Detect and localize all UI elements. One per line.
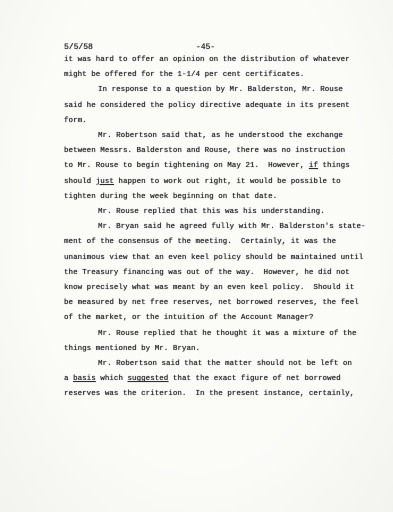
- text-line: Mr. Robertson said that the matter shoul…: [64, 357, 353, 372]
- text-segment: said he considered the policy directive …: [64, 102, 350, 110]
- text-line: know precisely what was meant by an even…: [64, 281, 353, 296]
- document-body: it was hard to offer an opinion on the d…: [64, 53, 353, 403]
- text-line: things mentioned by Mr. Bryan.: [64, 342, 353, 357]
- text-line: the Treasury financing was out of the wa…: [64, 266, 353, 281]
- text-line: tighten during the week beginning on tha…: [64, 190, 353, 205]
- text-segment: should: [64, 178, 96, 186]
- text-line: form.: [64, 114, 353, 129]
- text-segment: it was hard to offer an opinion on the d…: [64, 56, 350, 64]
- text-segment: happen to work out right, it would be po…: [114, 178, 341, 186]
- scanned-document-page: 5/5/58 -45- it was hard to offer an opin…: [0, 0, 393, 512]
- text-segment: might be offered for the 1-1/4 per cent …: [64, 71, 304, 79]
- text-line: Mr. Robertson said that, as he understoo…: [64, 129, 353, 144]
- text-line: a basis which suggested that the exact f…: [64, 372, 353, 387]
- text-segment: know precisely what was meant by an even…: [64, 284, 354, 292]
- text-line: ment of the consensus of the meeting. Ce…: [64, 235, 353, 250]
- text-segment: that the exact figure of net borrowed: [168, 375, 340, 383]
- text-line: Mr. Rouse replied that this was his unde…: [64, 205, 353, 220]
- text-line: Mr. Bryan said he agreed fully with Mr. …: [64, 220, 353, 235]
- paragraph: Mr. Rouse replied that he thought it was…: [64, 327, 353, 357]
- text-segment: unanimous view that an even keel policy …: [64, 254, 363, 262]
- text-segment: Mr. Robertson said that the matter shoul…: [98, 360, 352, 368]
- text-segment: of the market, or the intuition of the A…: [64, 314, 313, 322]
- text-line: to Mr. Rouse to begin tightening on May …: [64, 159, 353, 174]
- paragraph: Mr. Robertson said that the matter shoul…: [64, 357, 353, 403]
- text-segment: Mr. Robertson said that, as he understoo…: [98, 132, 343, 140]
- text-segment: things mentioned by Mr. Bryan.: [64, 345, 200, 353]
- underlined-word: suggested: [128, 375, 169, 383]
- text-line: should just happen to work out right, it…: [64, 175, 353, 190]
- text-line: it was hard to offer an opinion on the d…: [64, 53, 353, 68]
- text-segment: a: [64, 375, 73, 383]
- text-line: be measured by net free reserves, net bo…: [64, 296, 353, 311]
- text-segment: Mr. Rouse replied that he thought it was…: [98, 330, 357, 338]
- text-segment: Mr. Bryan said he agreed fully with Mr. …: [98, 223, 366, 231]
- text-segment: ment of the consensus of the meeting. Ce…: [64, 238, 336, 246]
- text-line: Mr. Rouse replied that he thought it was…: [64, 327, 353, 342]
- text-segment: which: [96, 375, 128, 383]
- paragraph: In response to a question by Mr. Balders…: [64, 83, 353, 129]
- text-line: unanimous view that an even keel policy …: [64, 251, 353, 266]
- text-segment: between Messrs. Balderston and Rouse, th…: [64, 147, 345, 155]
- text-segment: be measured by net free reserves, net bo…: [64, 299, 359, 307]
- paragraph: Mr. Bryan said he agreed fully with Mr. …: [64, 220, 353, 326]
- text-segment: the Treasury financing was out of the wa…: [64, 269, 350, 277]
- paragraph: Mr. Rouse replied that this was his unde…: [64, 205, 353, 220]
- underlined-word: just: [96, 178, 114, 186]
- text-line: In response to a question by Mr. Balders…: [64, 83, 353, 98]
- text-line: reserves was the criterion. In the prese…: [64, 387, 353, 402]
- text-segment: Mr. Rouse replied that this was his unde…: [98, 208, 325, 216]
- text-line: said he considered the policy directive …: [64, 99, 353, 114]
- text-segment: form.: [64, 117, 87, 125]
- text-segment: to Mr. Rouse to begin tightening on May …: [64, 162, 309, 170]
- text-line: of the market, or the intuition of the A…: [64, 311, 353, 326]
- paragraph: it was hard to offer an opinion on the d…: [64, 53, 353, 83]
- underlined-word: basis: [73, 375, 96, 383]
- text-segment: In response to a question by Mr. Balders…: [98, 86, 343, 94]
- text-segment: things: [318, 162, 350, 170]
- underlined-word: if: [309, 162, 318, 170]
- text-segment: tighten during the week beginning on tha…: [64, 193, 277, 201]
- page-number: -45-: [64, 43, 347, 52]
- text-segment: reserves was the criterion. In the prese…: [64, 390, 354, 398]
- text-line: might be offered for the 1-1/4 per cent …: [64, 68, 353, 83]
- text-line: between Messrs. Balderston and Rouse, th…: [64, 144, 353, 159]
- paragraph: Mr. Robertson said that, as he understoo…: [64, 129, 353, 205]
